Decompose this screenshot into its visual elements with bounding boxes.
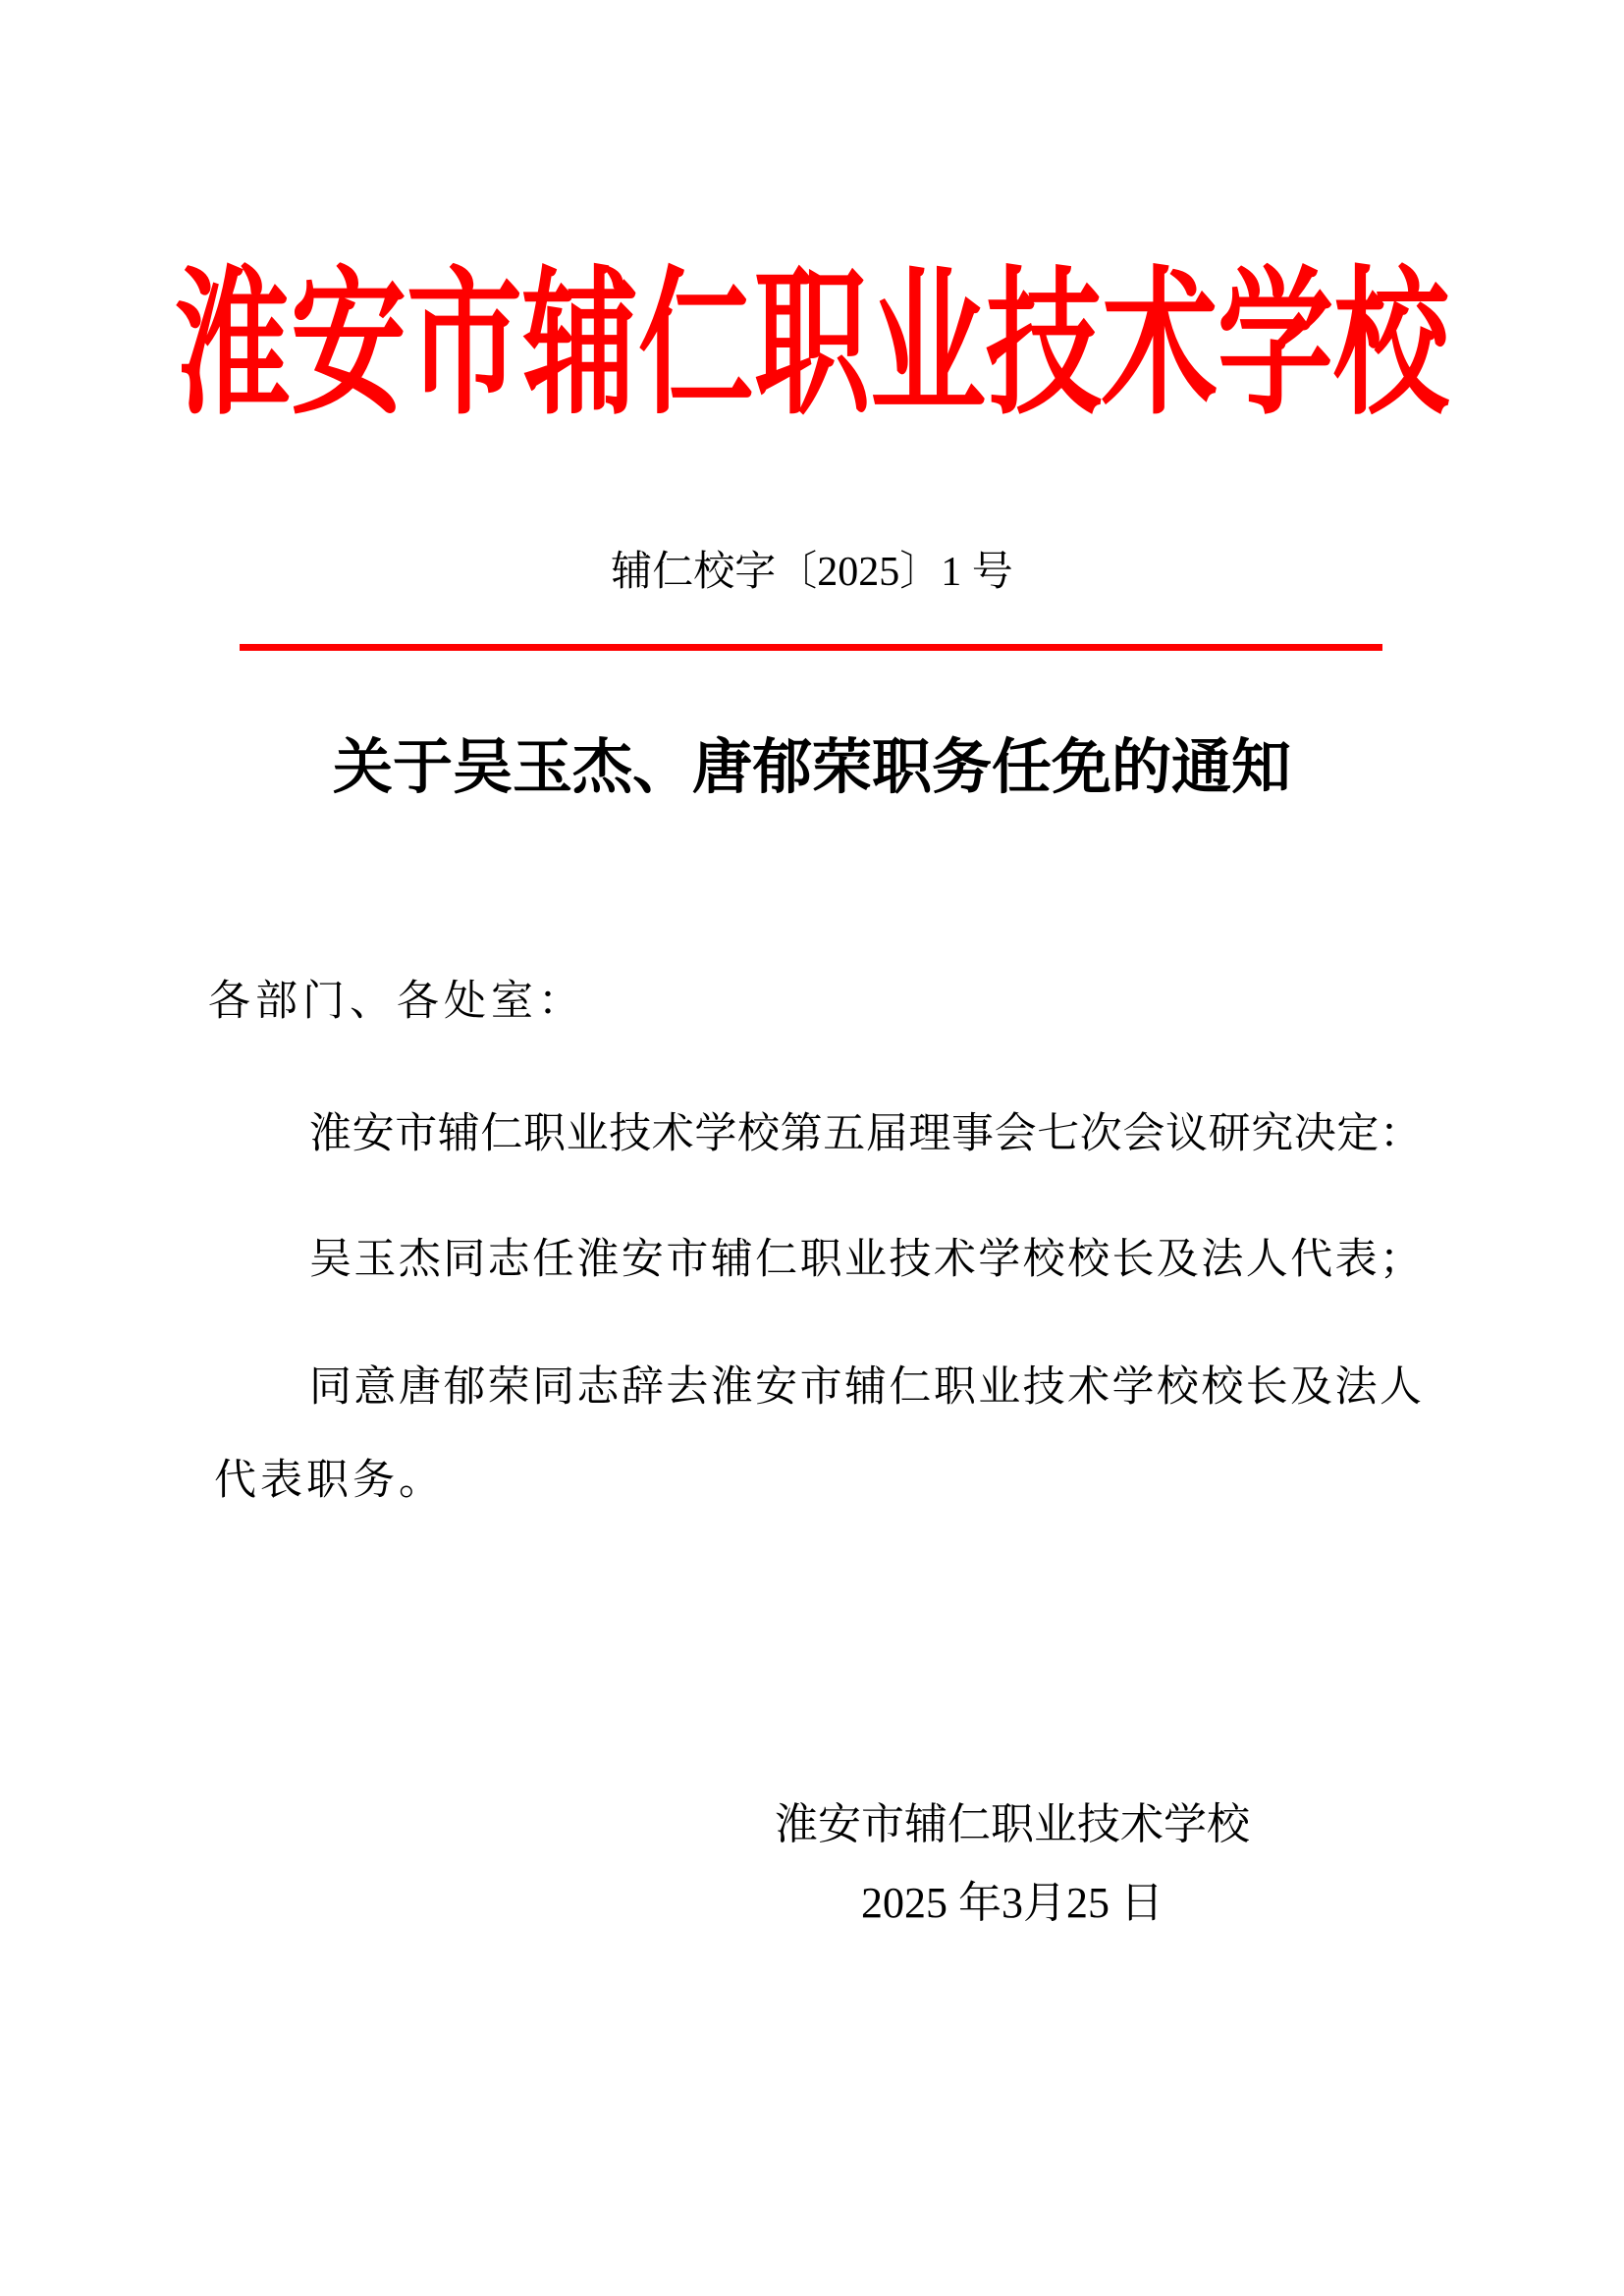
body-line-appointment: 吴玉杰同志任淮安市辅仁职业技术学校校长及法人代表； (208, 1235, 1422, 1286)
signature-date: 2025 年3月25 日 (861, 1878, 1164, 1930)
document-page: 淮安市辅仁职业技术学校 辅仁校字〔2025〕1 号 关于吴玉杰、唐郁荣职务任免的… (0, 0, 1624, 2296)
red-separator-rule (240, 644, 1382, 651)
doc-reference-number: 辅仁校字〔2025〕1 号 (0, 548, 1624, 597)
notice-subject-title: 关于吴玉杰、唐郁荣职务任免的通知 (0, 732, 1624, 804)
signature-organization: 淮安市辅仁职业技术学校 (775, 1799, 1250, 1851)
body-line-decision: 淮安市辅仁职业技术学校第五届理事会七次会议研究决定： (208, 1109, 1422, 1160)
school-masthead-title: 淮安市辅仁职业技术学校 (0, 267, 1624, 426)
body-line-resignation-part1: 同意唐郁荣同志辞去淮安市辅仁职业技术学校校长及法人 (208, 1362, 1422, 1414)
body-line-resignation-part2: 代表职务。 (214, 1456, 1428, 1507)
salutation-line: 各部门、各处室： (208, 977, 1422, 1028)
